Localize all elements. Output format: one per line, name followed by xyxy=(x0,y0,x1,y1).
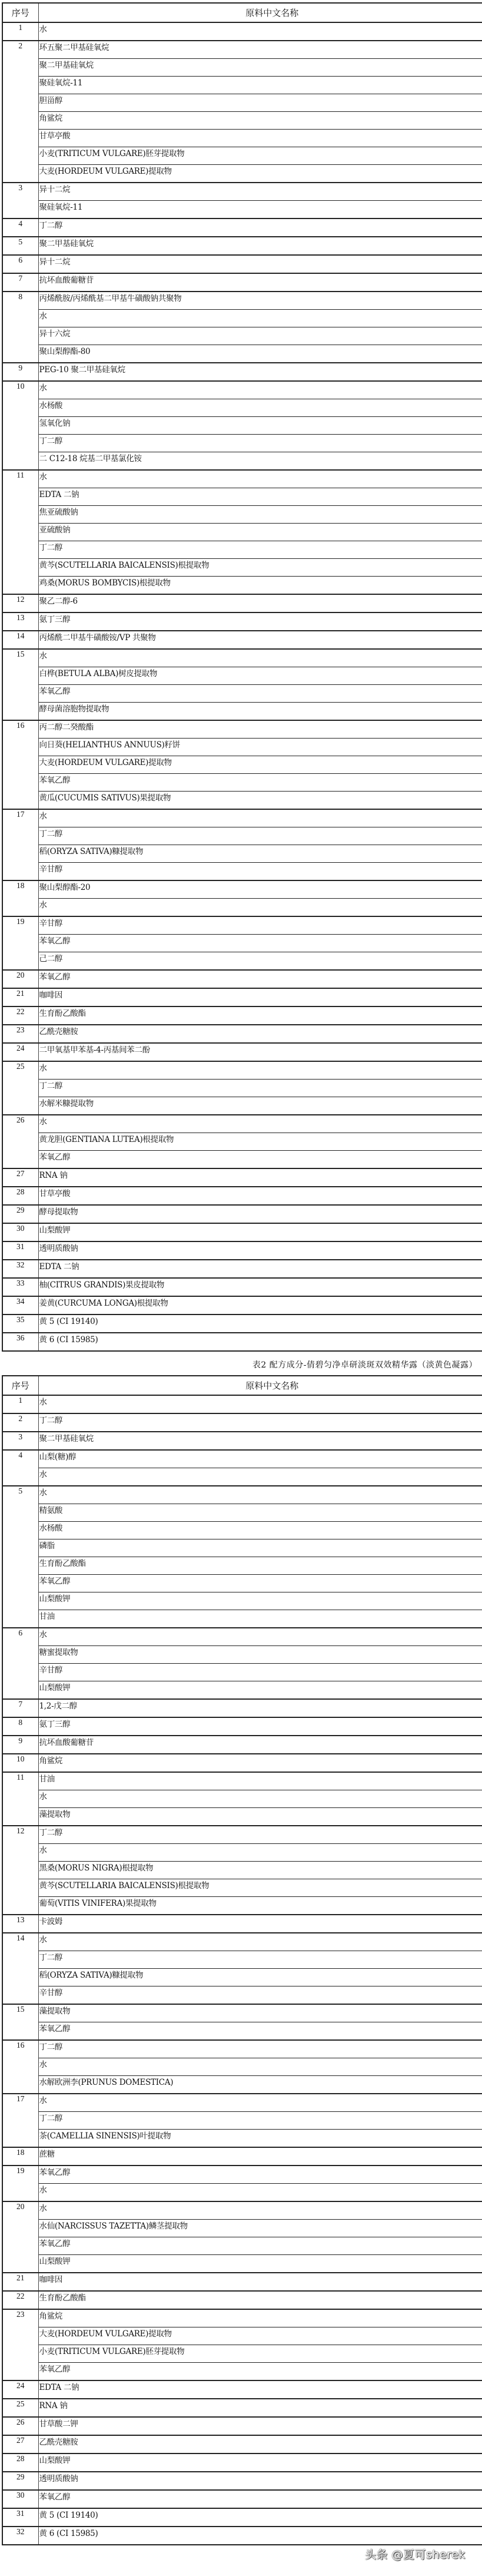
table-row: 3异十二烷聚硅氧烷-11 xyxy=(2,183,482,218)
row-number: 1 xyxy=(2,22,38,41)
row-number: 7 xyxy=(2,273,38,292)
ingredient-name: 卡波姆 xyxy=(39,1917,63,1926)
row-number: 28 xyxy=(2,2454,38,2472)
ingredient-name: 抗坏血酸葡糖苷 xyxy=(39,276,94,285)
ingredient-name: 苯氧乙醇 xyxy=(39,1577,71,1586)
ingredient-name: 丁二醇 xyxy=(39,1416,63,1425)
ingredient-name: 酵母菌溶胞物提取物 xyxy=(39,704,109,714)
ingredient-name: 咖啡因 xyxy=(39,991,63,1000)
ingredient-name: 水 xyxy=(39,1792,47,1802)
ingredient-group: 水糖蜜提取物辛甘醇山梨酸钾 xyxy=(38,1628,482,1699)
ingredient-item: 小麦(TRITICUM VULGARE)胚芽提取物 xyxy=(39,147,482,164)
ingredient-name: 丁二醇 xyxy=(39,543,63,552)
ingredient-item: 水 xyxy=(39,1843,482,1861)
ingredient-item: 甘草亭酸 xyxy=(39,129,482,147)
ingredient-item: 苯氧乙醇 xyxy=(39,1574,482,1592)
table-row: 7抗坏血酸葡糖苷 xyxy=(2,273,482,292)
ingredient-item: 黄 5 (CI 19140) xyxy=(39,2509,482,2526)
ingredient-name: RNA 钠 xyxy=(39,2401,68,2411)
ingredient-group: 丙二醇二癸酸酯向日葵(HELIANTHUS ANNUUS)籽饼大麦(HORDEU… xyxy=(38,720,482,809)
ingredient-name: 小麦(TRITICUM VULGARE)胚芽提取物 xyxy=(39,2347,185,2356)
ingredient-item: 丁二醇 xyxy=(39,1414,482,1431)
ingredient-name: 水 xyxy=(39,1398,47,1407)
ingredient-name: 丁二醇 xyxy=(39,2114,63,2123)
ingredient-group: 氨丁三醇 xyxy=(38,612,482,631)
ingredient-item: 山梨酸钾 xyxy=(39,2254,482,2272)
ingredient-item: 向日葵(HELIANTHUS ANNUUS)籽饼 xyxy=(39,738,482,756)
row-number: 10 xyxy=(2,1754,38,1772)
ingredient-group: 丙烯酰胺/丙烯酰基二甲基牛磺酸钠共聚物水异十六烷聚山梨醇酯-80 xyxy=(38,292,482,363)
ingredient-item: 丁二醇 xyxy=(39,827,482,845)
ingredient-name: 水仙(NARCISSUS TAZETTA)鳞茎提取物 xyxy=(39,2221,188,2231)
ingredient-item: 咖啡因 xyxy=(39,989,482,1006)
ingredient-name: 水 xyxy=(39,2204,47,2213)
ingredient-item: 糖蜜提取物 xyxy=(39,1645,482,1663)
ingredient-name: 苯氧乙醇 xyxy=(39,936,71,946)
ingredient-group: 山梨酸钾 xyxy=(38,1223,482,1241)
ingredients-table-2: 序号 原料中文名称 1水2丁二醇3聚二甲基硅氧烷4山梨(糖)醇水5水精氨酸水杨酸… xyxy=(2,1375,482,2545)
table-row: 6异十二烷 xyxy=(2,255,482,273)
ingredient-item: 生育酚乙酸酯 xyxy=(39,2292,482,2309)
ingredient-item: 聚硅氧烷-11 xyxy=(39,200,482,218)
table-row: 9PEG-10 聚二甲基硅氧烷 xyxy=(2,363,482,381)
ingredient-item: 水 xyxy=(39,1468,482,1485)
table-row: 22生育酚乙酸酯 xyxy=(2,1006,482,1025)
ingredient-group: 藻提取物苯氧乙醇 xyxy=(38,2004,482,2040)
ingredient-name: 水 xyxy=(39,1488,47,1498)
ingredient-group: 生育酚乙酸酯 xyxy=(38,2291,482,2309)
ingredient-name: 环五聚二甲基硅氧烷 xyxy=(39,43,109,52)
ingredient-name: 透明质酸钠 xyxy=(39,2474,78,2484)
table-row: 2环五聚二甲基硅氧烷聚二甲基硅氧烷聚硅氧烷-11胆甾醇角鲨烷甘草亭酸小麦(TRI… xyxy=(2,41,482,183)
row-number: 29 xyxy=(2,2472,38,2490)
ingredient-name: 酵母提取物 xyxy=(39,1207,78,1217)
table-body: 1水2丁二醇3聚二甲基硅氧烷4山梨(糖)醇水5水精氨酸水杨酸磷脂生育酚乙酸酯苯氧… xyxy=(2,1395,482,2545)
row-number: 15 xyxy=(2,2004,38,2040)
ingredient-name: 苯氧乙醇 xyxy=(39,972,71,982)
table-row: 3聚二甲基硅氧烷 xyxy=(2,1432,482,1450)
table-row: 12聚乙二醇-6 xyxy=(2,594,482,612)
ingredient-item: 苯氧乙醇 xyxy=(39,773,482,791)
ingredient-name: 黄 6 (CI 15985) xyxy=(39,1335,98,1345)
ingredient-name: 黄芩(SCUTELLARIA BAICALENSIS)根提取物 xyxy=(39,561,210,570)
ingredient-name: 透明质酸钠 xyxy=(39,1244,78,1253)
row-number: 19 xyxy=(2,916,38,970)
row-number: 17 xyxy=(2,2094,38,2147)
ingredient-item: 丁二醇 xyxy=(39,2111,482,2129)
ingredient-item: 藻提取物 xyxy=(39,1807,482,1825)
row-number: 1 xyxy=(2,1395,38,1413)
table-row: 32EDTA 二钠 xyxy=(2,1260,482,1278)
ingredient-group: 水EDTA 二钠焦亚硫酸钠亚硫酸钠丁二醇黄芩(SCUTELLARIA BAICA… xyxy=(38,470,482,594)
table-row: 31黄 5 (CI 19140) xyxy=(2,2508,482,2527)
ingredient-item: 山梨(糖)醇 xyxy=(39,1451,482,1468)
ingredient-item: 丙二醇二癸酸酯 xyxy=(39,721,482,738)
ingredient-item: 聚山梨醇酯-80 xyxy=(39,345,482,362)
ingredient-name: 水 xyxy=(39,651,47,661)
ingredient-group: 山梨(糖)醇水 xyxy=(38,1450,482,1486)
ingredient-item: 苯氧乙醇 xyxy=(39,934,482,952)
ingredient-name: 苯氧乙醇 xyxy=(39,2365,71,2374)
ingredient-name: 氨丁三醇 xyxy=(39,1720,71,1729)
ingredient-name: 小麦(TRITICUM VULGARE)胚芽提取物 xyxy=(39,149,185,158)
table-row: 4丁二醇 xyxy=(2,218,482,237)
ingredient-group: 丁二醇 xyxy=(38,1413,482,1432)
ingredient-name: 稻(ORYZA SATIVA)糠提取物 xyxy=(39,1971,144,1980)
ingredient-name: 山梨(糖)醇 xyxy=(39,1452,77,1462)
row-number: 15 xyxy=(2,649,38,720)
row-number: 27 xyxy=(2,1168,38,1187)
ingredient-name: 藻提取物 xyxy=(39,2007,71,2016)
table-row: 19苯氧乙醇水 xyxy=(2,2166,482,2201)
table-row: 18聚山梨醇酯-20水 xyxy=(2,880,482,916)
ingredient-item: 水 xyxy=(39,1115,482,1133)
ingredient-name: 氢氧化钠 xyxy=(39,419,71,428)
row-number: 12 xyxy=(2,594,38,612)
ingredient-name: 生育酚乙酸酯 xyxy=(39,1559,86,1568)
ingredient-item: 磷脂 xyxy=(39,1539,482,1557)
ingredient-group: 水黄龙胆(GENTIANA LUTEA)根提取物苯氧乙醇 xyxy=(38,1115,482,1168)
ingredient-item: 生育酚乙酸酯 xyxy=(39,1007,482,1024)
ingredient-group: 聚二甲基硅氧烷 xyxy=(38,1432,482,1450)
ingredient-group: 咖啡因 xyxy=(38,2273,482,2291)
ingredient-item: 亚硫酸钠 xyxy=(39,523,482,541)
ingredient-item: 水 xyxy=(39,1628,482,1645)
ingredient-name: 丁二醇 xyxy=(39,1828,63,1837)
row-number: 20 xyxy=(2,2201,38,2273)
ingredient-item: 苯氧乙醇 xyxy=(39,2362,482,2380)
table-row: 22生育酚乙酸酯 xyxy=(2,2291,482,2309)
ingredient-item: 水 xyxy=(39,650,482,667)
row-number: 2 xyxy=(2,41,38,183)
table-row: 16丁二醇水水解欧洲李(PRUNUS DOMESTICA) xyxy=(2,2040,482,2094)
ingredient-group: 黄 6 (CI 15985) xyxy=(38,2527,482,2545)
ingredient-name: 水 xyxy=(39,472,47,482)
ingredient-name: 丙二醇二癸酸酯 xyxy=(39,723,94,732)
ingredient-name: 聚二甲基硅氧烷 xyxy=(39,1434,94,1443)
table-row: 21咖啡因 xyxy=(2,988,482,1006)
ingredient-group: PEG-10 聚二甲基硅氧烷 xyxy=(38,363,482,381)
ingredient-group: 柚(CITRUS GRANDIS)果皮提取物 xyxy=(38,1278,482,1296)
ingredient-item: 丙烯酰胺/丙烯酰基二甲基牛磺酸钠共聚物 xyxy=(39,292,482,309)
ingredient-name: 大麦(HORDEUM VULGARE)提取物 xyxy=(39,758,172,767)
table-body: 1水2环五聚二甲基硅氧烷聚二甲基硅氧烷聚硅氧烷-11胆甾醇角鲨烷甘草亭酸小麦(T… xyxy=(2,22,482,1351)
ingredient-item: 山梨酸钾 xyxy=(39,1592,482,1610)
ingredient-group: 山梨酸钾 xyxy=(38,2454,482,2472)
row-number: 2 xyxy=(2,1413,38,1432)
row-number: 9 xyxy=(2,1736,38,1754)
ingredient-name: 水 xyxy=(39,2186,47,2195)
ingredient-name: 水 xyxy=(39,25,47,34)
ingredient-name: 黄瓜(CUCUMIS SATIVUS)果提取物 xyxy=(39,793,171,803)
ingredient-name: 蔗糖 xyxy=(39,2150,55,2159)
ingredient-name: 苯氧乙醇 xyxy=(39,2024,71,2034)
ingredient-item: 水 xyxy=(39,1486,482,1504)
ingredient-group: 1,2-戊二醇 xyxy=(38,1699,482,1717)
ingredient-group: 二甲氧基甲苯基-4-丙基间苯二酚 xyxy=(38,1043,482,1061)
row-number: 35 xyxy=(2,1315,38,1333)
row-number: 25 xyxy=(2,2399,38,2417)
row-number: 30 xyxy=(2,2490,38,2508)
ingredient-item: 聚二甲基硅氧烷 xyxy=(39,237,482,254)
ingredient-item: 水 xyxy=(39,382,482,399)
ingredient-item: 1,2-戊二醇 xyxy=(39,1700,482,1717)
table-row: 29酵母提取物 xyxy=(2,1205,482,1223)
ingredient-item: 角鲨烷 xyxy=(39,1754,482,1772)
ingredient-name: 乙酰壳糖胺 xyxy=(39,2438,78,2447)
ingredient-group: 异十二烷聚硅氧烷-11 xyxy=(38,183,482,218)
ingredient-name: 大麦(HORDEUM VULGARE)提取物 xyxy=(39,167,172,176)
ingredient-name: 聚山梨醇酯-80 xyxy=(39,347,91,356)
table-row: 1水 xyxy=(2,22,482,41)
ingredient-item: 水 xyxy=(39,2094,482,2111)
table-row: 31透明质酸钠 xyxy=(2,1241,482,1260)
row-number: 16 xyxy=(2,2040,38,2094)
ingredient-group: 水 xyxy=(38,22,482,41)
ingredient-name: 苯氧乙醇 xyxy=(39,2239,71,2249)
ingredient-name: 丁二醇 xyxy=(39,221,63,230)
table-row: 5聚二甲基硅氧烷 xyxy=(2,237,482,255)
table-row: 28山梨酸钾 xyxy=(2,2454,482,2472)
ingredient-item: 丙烯酰二甲基牛磺酸铵/VP 共聚物 xyxy=(39,631,482,648)
table-row: 11甘油水藻提取物 xyxy=(2,1772,482,1826)
ingredient-name: 角鲨烷 xyxy=(39,114,63,123)
ingredient-name: 山梨酸钾 xyxy=(39,1226,71,1235)
ingredient-name: 丙烯酰胺/丙烯酰基二甲基牛磺酸钠共聚物 xyxy=(39,294,182,303)
ingredient-item: 黄瓜(CUCUMIS SATIVUS)果提取物 xyxy=(39,791,482,809)
ingredient-item: 苯氧乙醇 xyxy=(39,2022,482,2039)
ingredient-item: 姜黄(CURCUMA LONGA)根提取物 xyxy=(39,1297,482,1314)
ingredient-item: 乙酰壳糖胺 xyxy=(39,2436,482,2453)
row-number: 5 xyxy=(2,237,38,255)
ingredient-item: 水解欧洲李(PRUNUS DOMESTICA) xyxy=(39,2075,482,2093)
row-number: 13 xyxy=(2,612,38,631)
ingredient-name: 水 xyxy=(39,1470,47,1479)
ingredient-name: 氨丁三醇 xyxy=(39,615,71,624)
ingredient-group: 生育酚乙酸酯 xyxy=(38,1006,482,1025)
table-row: 34姜黄(CURCUMA LONGA)根提取物 xyxy=(2,1296,482,1315)
ingredient-name: 黄 5 (CI 19140) xyxy=(39,2511,98,2520)
ingredient-name: 异十二烷 xyxy=(39,257,71,267)
ingredient-name: 苯氧乙醇 xyxy=(39,776,71,785)
ingredient-name: 鸡桑(MORUS BOMBYCIS)根提取物 xyxy=(39,578,171,588)
table-row: 21咖啡因 xyxy=(2,2273,482,2291)
ingredient-name: 黄龙胆(GENTIANA LUTEA)根提取物 xyxy=(39,1135,174,1144)
ingredient-name: 藻提取物 xyxy=(39,1810,71,1819)
ingredient-name: 水 xyxy=(39,2096,47,2105)
ingredient-item: 水 xyxy=(39,2183,482,2201)
ingredient-name: 葡萄(VITIS VINIFERA)果提取物 xyxy=(39,1899,157,1908)
ingredient-name: 水 xyxy=(39,900,47,910)
ingredient-item: 辛甘醇 xyxy=(39,862,482,880)
table-row: 19辛甘醇苯氧乙醇己二醇 xyxy=(2,916,482,970)
ingredient-item: 山梨酸钾 xyxy=(39,1681,482,1698)
table-row: 12丁二醇水黑桑(MORUS NIGRA)根提取物黄芩(SCUTELLARIA … xyxy=(2,1826,482,1915)
table-row: 20苯氧乙醇 xyxy=(2,970,482,988)
ingredient-group: 酵母提取物 xyxy=(38,1205,482,1223)
row-number: 23 xyxy=(2,1025,38,1043)
ingredient-name: 亚硫酸钠 xyxy=(39,525,71,535)
ingredient-item: 透明质酸钠 xyxy=(39,1242,482,1259)
ingredient-name: 辛甘醇 xyxy=(39,919,63,928)
ingredient-group: 卡波姆 xyxy=(38,1915,482,1933)
ingredient-item: 黄龙胆(GENTIANA LUTEA)根提取物 xyxy=(39,1133,482,1150)
row-number: 31 xyxy=(2,2508,38,2527)
ingredient-group: 甘草酸二钾 xyxy=(38,2417,482,2435)
ingredient-name: 甘油 xyxy=(39,1774,55,1784)
ingredient-group: 聚山梨醇酯-20水 xyxy=(38,880,482,916)
ingredient-name: 聚乙二醇-6 xyxy=(39,597,78,606)
row-number: 16 xyxy=(2,720,38,809)
ingredient-name: 水 xyxy=(39,1064,47,1073)
row-number: 8 xyxy=(2,292,38,363)
row-number: 11 xyxy=(2,470,38,594)
ingredient-group: 甘油水藻提取物 xyxy=(38,1772,482,1826)
ingredient-name: 聚山梨醇酯-20 xyxy=(39,883,91,892)
ingredient-item: 丁二醇 xyxy=(39,1826,482,1843)
table-row: 30山梨酸钾 xyxy=(2,1223,482,1241)
ingredient-item: 甘油 xyxy=(39,1773,482,1790)
ingredient-item: 丁二醇 xyxy=(39,219,482,236)
ingredient-group: 透明质酸钠 xyxy=(38,1241,482,1260)
row-number: 27 xyxy=(2,2435,38,2454)
ingredient-group: 氨丁三醇 xyxy=(38,1717,482,1736)
column-header-number: 序号 xyxy=(2,3,38,22)
ingredient-group: 丁二醇水水解欧洲李(PRUNUS DOMESTICA) xyxy=(38,2040,482,2094)
ingredient-item: 丁二醇 xyxy=(39,434,482,452)
ingredient-item: 水 xyxy=(39,471,482,488)
row-number: 3 xyxy=(2,1432,38,1450)
ingredient-group: 姜黄(CURCUMA LONGA)根提取物 xyxy=(38,1296,482,1315)
ingredient-item: 异十六烷 xyxy=(39,327,482,345)
ingredient-name: 咖啡因 xyxy=(39,2275,63,2284)
ingredient-item: EDTA 二钠 xyxy=(39,2381,482,2398)
ingredient-name: 甘草酸二钾 xyxy=(39,2419,78,2429)
ingredient-group: 黄 5 (CI 19140) xyxy=(38,2508,482,2527)
ingredient-item: 苯氧乙醇 xyxy=(39,2491,482,2508)
ingredient-item: 卡波姆 xyxy=(39,1915,482,1932)
row-number: 14 xyxy=(2,631,38,649)
ingredient-item: 辛甘醇 xyxy=(39,1663,482,1681)
ingredient-group: 透明质酸钠 xyxy=(38,2472,482,2490)
table-row: 33柚(CITRUS GRANDIS)果皮提取物 xyxy=(2,1278,482,1296)
ingredient-group: 蔗糖 xyxy=(38,2147,482,2166)
ingredient-item: RNA 钠 xyxy=(39,1169,482,1186)
ingredient-name: 水 xyxy=(39,1117,47,1127)
ingredient-name: 黄芩(SCUTELLARIA BAICALENSIS)根提取物 xyxy=(39,1881,210,1890)
row-number: 29 xyxy=(2,1205,38,1223)
ingredient-item: 酵母菌溶胞物提取物 xyxy=(39,702,482,720)
row-number: 17 xyxy=(2,809,38,880)
ingredient-name: 山梨酸钾 xyxy=(39,1594,71,1604)
ingredient-name: 水 xyxy=(39,1935,47,1945)
ingredient-name: EDTA 二钠 xyxy=(39,1262,79,1272)
ingredient-group: 咖啡因 xyxy=(38,988,482,1006)
ingredient-name: 山梨酸钾 xyxy=(39,2257,71,2266)
ingredient-item: 角鲨烷 xyxy=(39,2310,482,2327)
ingredient-item: 水 xyxy=(39,1790,482,1807)
table-row: 23乙酰壳糖胺 xyxy=(2,1025,482,1043)
ingredient-item: PEG-10 聚二甲基硅氧烷 xyxy=(39,363,482,380)
table-row: 26水黄龙胆(GENTIANA LUTEA)根提取物苯氧乙醇 xyxy=(2,1115,482,1168)
ingredient-item: 异十二烷 xyxy=(39,256,482,273)
ingredient-item: 大麦(HORDEUM VULGARE)提取物 xyxy=(39,164,482,182)
table-row: 32黄 6 (CI 15985) xyxy=(2,2527,482,2545)
row-number: 12 xyxy=(2,1826,38,1915)
table-row: 18蔗糖 xyxy=(2,2147,482,2166)
ingredient-item: 柚(CITRUS GRANDIS)果皮提取物 xyxy=(39,1279,482,1296)
ingredient-group: 黄 5 (CI 19140) xyxy=(38,1315,482,1333)
ingredient-group: EDTA 二钠 xyxy=(38,2380,482,2399)
table-2-caption: 表2 配方成分-倩碧匀净卓研淡斑双效精华露（淡黄色凝露） xyxy=(0,1352,480,1375)
row-number: 18 xyxy=(2,880,38,916)
ingredient-group: 水白桦(BETULA ALBA)树皮提取物苯氧乙醇酵母菌溶胞物提取物 xyxy=(38,649,482,720)
ingredient-group: 水丁二醇茶(CAMELLIA SINENSIS)叶提取物 xyxy=(38,2094,482,2147)
ingredient-group: 角鲨烷大麦(HORDEUM VULGARE)提取物小麦(TRITICUM VUL… xyxy=(38,2309,482,2380)
document-page: 序号 原料中文名称 1水2环五聚二甲基硅氧烷聚二甲基硅氧烷聚硅氧烷-11胆甾醇角… xyxy=(0,0,482,2545)
ingredient-name: 胆甾醇 xyxy=(39,96,63,105)
table-row: 13氨丁三醇 xyxy=(2,612,482,631)
ingredient-name: 生育酚乙酸酯 xyxy=(39,2293,86,2303)
ingredient-group: 乙酰壳糖胺 xyxy=(38,2435,482,2454)
ingredient-item: 抗坏血酸葡糖苷 xyxy=(39,1736,482,1753)
ingredient-item: 抗坏血酸葡糖苷 xyxy=(39,274,482,291)
ingredient-name: 水解欧洲李(PRUNUS DOMESTICA) xyxy=(39,2078,174,2087)
ingredient-name: 焦亚硫酸钠 xyxy=(39,508,78,517)
ingredient-name: 抗坏血酸葡糖苷 xyxy=(39,1738,94,1747)
row-number: 20 xyxy=(2,970,38,988)
ingredient-item: 二 C12-18 烷基二甲基氯化铵 xyxy=(39,452,482,469)
ingredient-group: 水水杨酸氢氧化钠丁二醇二 C12-18 烷基二甲基氯化铵 xyxy=(38,381,482,470)
table-row: 17水丁二醇稻(ORYZA SATIVA)糠提取物辛甘醇 xyxy=(2,809,482,880)
ingredient-item: 白桦(BETULA ALBA)树皮提取物 xyxy=(39,667,482,684)
ingredient-item: 环五聚二甲基硅氧烷 xyxy=(39,41,482,58)
ingredient-item: 水 xyxy=(39,1062,482,1079)
row-number: 22 xyxy=(2,2291,38,2309)
table-row: 23角鲨烷大麦(HORDEUM VULGARE)提取物小麦(TRITICUM V… xyxy=(2,2309,482,2380)
ingredient-name: 己二醇 xyxy=(39,954,63,963)
ingredient-item: 焦亚硫酸钠 xyxy=(39,505,482,523)
table-row: 27乙酰壳糖胺 xyxy=(2,2435,482,2454)
ingredient-name: 聚硅氧烷-11 xyxy=(39,78,83,88)
ingredient-name: 异十二烷 xyxy=(39,185,71,194)
ingredient-name: 甘草亭酸 xyxy=(39,1189,71,1198)
ingredient-name: 姜黄(CURCUMA LONGA)根提取物 xyxy=(39,1299,168,1308)
ingredient-item: 水 xyxy=(39,810,482,827)
ingredient-item: 水 xyxy=(39,1933,482,1951)
row-number: 32 xyxy=(2,1260,38,1278)
ingredient-item: 水 xyxy=(39,1396,482,1413)
ingredient-name: 聚硅氧烷-11 xyxy=(39,203,83,212)
table-row: 2丁二醇 xyxy=(2,1413,482,1432)
ingredient-name: RNA 钠 xyxy=(39,1171,68,1180)
ingredient-item: 乙酰壳糖胺 xyxy=(39,1025,482,1042)
ingredient-name: 黑桑(MORUS NIGRA)根提取物 xyxy=(39,1863,154,1873)
ingredient-name: 角鲨烷 xyxy=(39,1756,63,1766)
ingredient-item: 己二醇 xyxy=(39,952,482,969)
ingredient-name: 生育酚乙酸酯 xyxy=(39,1009,86,1018)
ingredients-table-1: 序号 原料中文名称 1水2环五聚二甲基硅氧烷聚二甲基硅氧烷聚硅氧烷-11胆甾醇角… xyxy=(2,2,482,1352)
table-row: 14丙烯酰二甲基牛磺酸铵/VP 共聚物 xyxy=(2,631,482,649)
ingredient-name: EDTA 二钠 xyxy=(39,2383,79,2392)
ingredient-item: 氢氧化钠 xyxy=(39,416,482,434)
ingredient-name: 水 xyxy=(39,312,47,321)
ingredient-name: 乙酰壳糖胺 xyxy=(39,1027,78,1037)
ingredient-item: RNA 钠 xyxy=(39,2399,482,2416)
ingredient-group: 黄 6 (CI 15985) xyxy=(38,1333,482,1351)
ingredient-name: 水杨酸 xyxy=(39,1524,63,1533)
ingredient-name: 丁二醇 xyxy=(39,1081,63,1091)
